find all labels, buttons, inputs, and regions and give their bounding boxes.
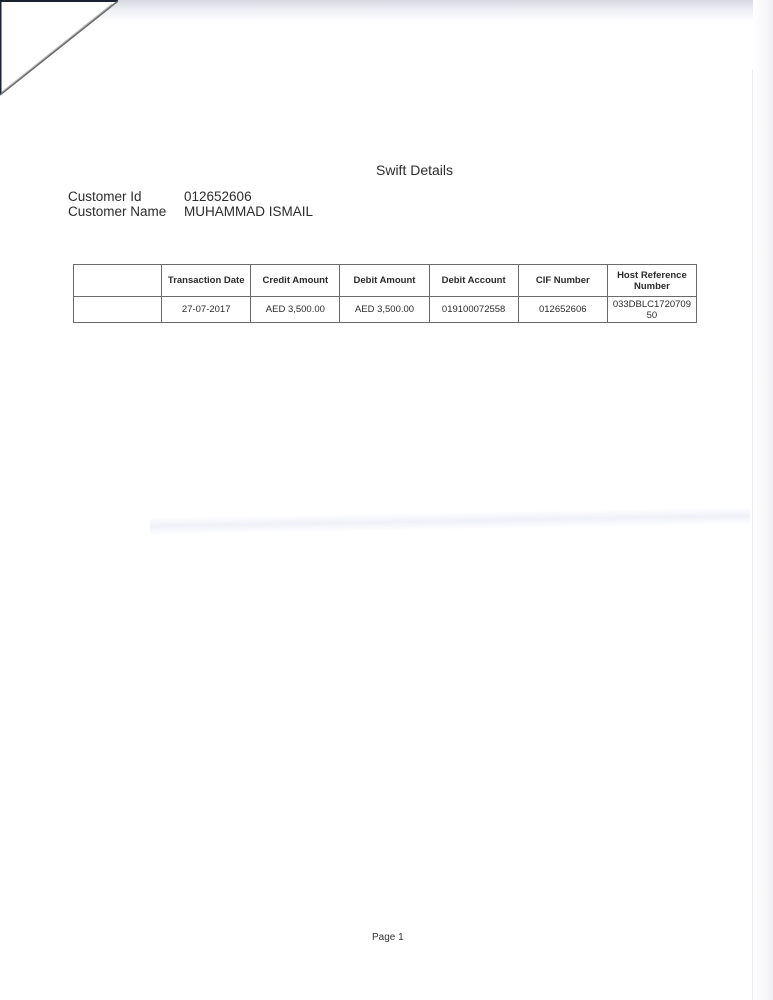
cell-debit-amount: AED 3,500.00 (340, 297, 429, 323)
customer-id-value: 012652606 (184, 189, 252, 204)
customer-info: Customer Id 012652606 Customer Name MUHA… (68, 189, 313, 219)
scan-artifact-band (150, 507, 750, 535)
customer-name-row: Customer Name MUHAMMAD ISMAIL (68, 204, 313, 219)
cell-transaction-date: 27-07-2017 (162, 297, 251, 323)
customer-id-row: Customer Id 012652606 (68, 189, 313, 204)
page-number: Page 1 (372, 932, 404, 943)
header-transaction-date: Transaction Date (162, 265, 251, 297)
scan-edge-line (752, 70, 753, 1000)
document-title: Swift Details (376, 162, 453, 178)
header-debit-amount: Debit Amount (340, 265, 429, 297)
customer-name-label: Customer Name (68, 204, 184, 219)
folded-corner-icon (0, 0, 120, 100)
scan-right-edge (753, 0, 773, 1000)
customer-name-value: MUHAMMAD ISMAIL (184, 204, 313, 219)
table-header-row: Transaction Date Credit Amount Debit Amo… (74, 265, 697, 297)
header-host-reference-number: Host Reference Number (607, 265, 696, 297)
swift-details-table: Transaction Date Credit Amount Debit Amo… (73, 264, 697, 323)
header-credit-amount: Credit Amount (251, 265, 340, 297)
cell-host-reference-number: 033DBLC172070950 (607, 297, 696, 323)
customer-id-label: Customer Id (68, 189, 184, 204)
header-cif-number: CIF Number (518, 265, 607, 297)
header-blank (74, 265, 162, 297)
cell-blank (74, 297, 162, 323)
table-row: 27-07-2017 AED 3,500.00 AED 3,500.00 019… (74, 297, 697, 323)
header-debit-account: Debit Account (429, 265, 518, 297)
cell-debit-account: 019100072558 (429, 297, 518, 323)
cell-cif-number: 012652606 (518, 297, 607, 323)
cell-credit-amount: AED 3,500.00 (251, 297, 340, 323)
